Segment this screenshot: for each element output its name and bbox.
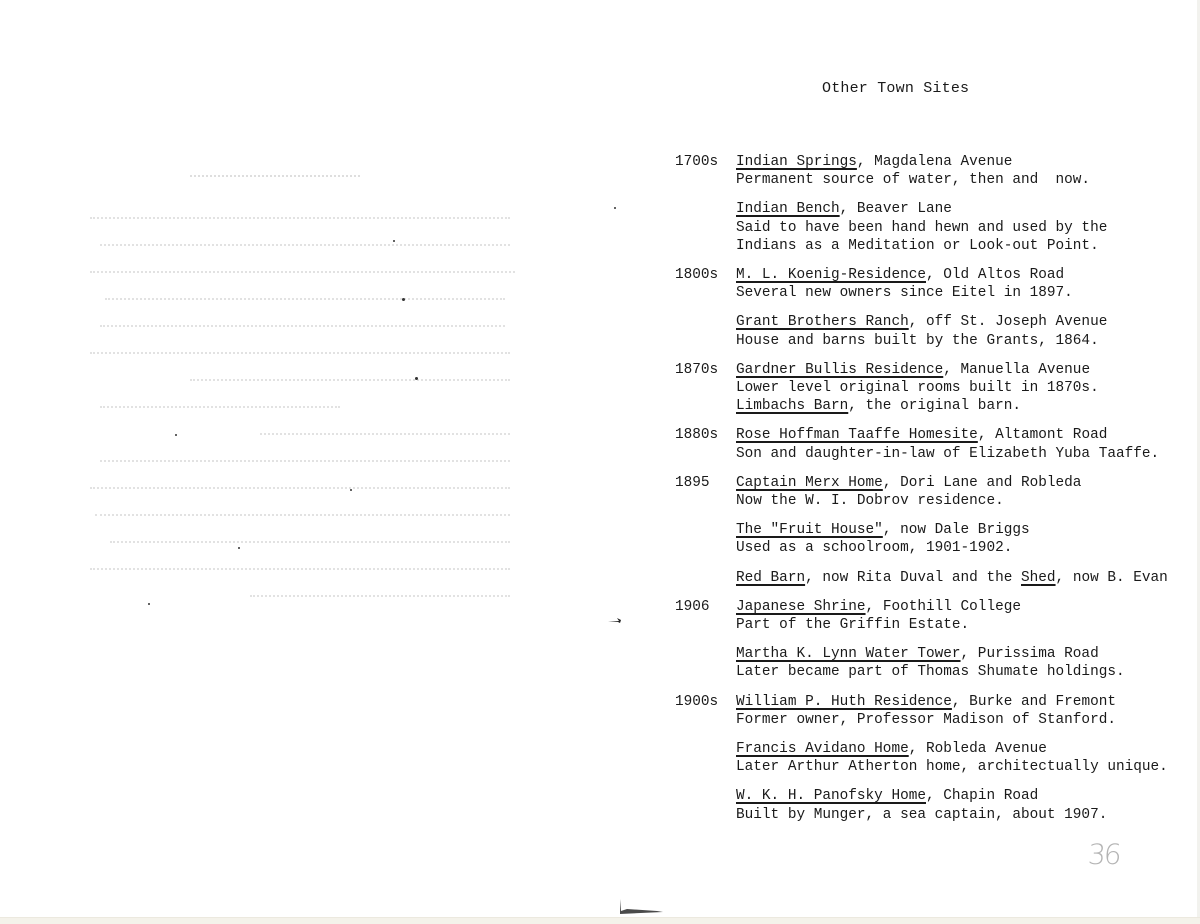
site-location: , now B. Evan [1056,570,1168,586]
site-name: Captain Merx Home [736,475,883,491]
site-name: Limbachs Barn [736,398,848,414]
site-location: , Chapin Road [926,788,1038,804]
site-heading: Indian Bench, Beaver Lane [736,200,1198,218]
ink-speck [238,547,240,549]
site-location: , off St. Joseph Avenue [909,314,1108,330]
site-note: Later Arthur Atherton home, architectual… [736,758,1198,776]
site-location: , Altamont Road [978,427,1108,443]
site-note: Later became part of Thomas Shumate hold… [736,663,1198,681]
site-heading: The "Fruit House", now Dale Briggs [736,521,1198,539]
town-site-entry: Grant Brothers Ranch, off St. Joseph Ave… [668,313,1198,349]
town-site-entry: 1800sM. L. Koenig-Residence, Old Altos R… [668,266,1198,302]
site-note: Son and daughter-in-law of Elizabeth Yub… [736,445,1198,463]
handwritten-page-number: 36 [1087,838,1121,871]
town-site-entry: W. K. H. Panofsky Home, Chapin RoadBuilt… [668,787,1198,823]
site-name: Gardner Bullis Residence [736,362,943,378]
site-name: M. L. Koenig-Residence [736,267,926,283]
site-heading: M. L. Koenig-Residence, Old Altos Road [736,266,1198,284]
bleed-through-text [90,175,520,622]
site-heading: Japanese Shrine, Foothill College [736,598,1198,616]
site-name: Red Barn [736,570,805,586]
site-note: Built by Munger, a sea captain, about 19… [736,806,1198,824]
site-note: House and barns built by the Grants, 186… [736,332,1198,350]
site-location: , Foothill College [866,599,1021,615]
era-label: 1895 [675,474,710,492]
site-note: Former owner, Professor Madison of Stanf… [736,711,1198,729]
town-site-entry: The "Fruit House", now Dale BriggsUsed a… [668,521,1198,557]
town-site-entry: 1895Captain Merx Home, Dori Lane and Rob… [668,474,1198,510]
site-name: W. K. H. Panofsky Home [736,788,926,804]
town-site-entry: Red Barn, now Rita Duval and the Shed, n… [668,569,1198,587]
site-note: Indians as a Meditation or Look-out Poin… [736,237,1198,255]
site-note: Said to have been hand hewn and used by … [736,219,1198,237]
ink-speck [175,434,177,436]
site-name: Indian Bench [736,201,840,217]
site-note: , the original barn. [848,398,1021,414]
site-note: Lower level original rooms built in 1870… [736,379,1198,397]
site-heading: Martha K. Lynn Water Tower, Purissima Ro… [736,645,1198,663]
site-name: Rose Hoffman Taaffe Homesite [736,427,978,443]
town-site-entry: 1700sIndian Springs, Magdalena AvenuePer… [668,153,1198,189]
site-location: , Robleda Avenue [909,741,1047,757]
ink-speck [614,207,616,209]
page-title: Other Town Sites [822,80,969,97]
smudge-mark-icon [617,899,665,915]
town-site-entry: Indian Bench, Beaver LaneSaid to have be… [668,200,1198,255]
site-heading: Grant Brothers Ranch, off St. Joseph Ave… [736,313,1198,331]
site-note: Permanent source of water, then and now. [736,171,1198,189]
site-heading: W. K. H. Panofsky Home, Chapin Road [736,787,1198,805]
town-site-entry: Martha K. Lynn Water Tower, Purissima Ro… [668,645,1198,681]
site-heading: Indian Springs, Magdalena Avenue [736,153,1198,171]
site-heading: Francis Avidano Home, Robleda Avenue [736,740,1198,758]
era-label: 1880s [675,426,718,444]
site-location: , Burke and Fremont [952,694,1116,710]
site-note: Used as a schoolroom, 1901-1902. [736,539,1198,557]
era-label: 1906 [675,598,710,616]
ink-speck [350,489,352,491]
site-name: Martha K. Lynn Water Tower [736,646,961,662]
site-location: , Old Altos Road [926,267,1064,283]
site-heading: Limbachs Barn, the original barn. [736,397,1198,415]
site-heading: Rose Hoffman Taaffe Homesite, Altamont R… [736,426,1198,444]
site-heading: Red Barn, now Rita Duval and the Shed, n… [736,569,1198,587]
era-label: 1900s [675,693,718,711]
site-location: , Manuella Avenue [943,362,1090,378]
town-site-entry: 1870sGardner Bullis Residence, Manuella … [668,361,1198,416]
document-page: Other Town Sites 1700sIndian Springs, Ma… [0,0,1200,924]
site-location: , Magdalena Avenue [857,154,1012,170]
arrow-mark-icon [607,617,625,625]
site-name: William P. Huth Residence [736,694,952,710]
site-heading: Gardner Bullis Residence, Manuella Avenu… [736,361,1198,379]
site-name: The "Fruit House" [736,522,883,538]
ink-speck [415,377,418,380]
site-location: , Beaver Lane [840,201,952,217]
town-site-entry: 1906Japanese Shrine, Foothill CollegePar… [668,598,1198,634]
ink-speck [402,298,405,301]
era-label: 1870s [675,361,718,379]
site-location: , Purissima Road [961,646,1099,662]
ink-speck [148,603,150,605]
site-name: Japanese Shrine [736,599,866,615]
site-heading: William P. Huth Residence, Burke and Fre… [736,693,1198,711]
town-site-entry: 1880sRose Hoffman Taaffe Homesite, Altam… [668,426,1198,462]
site-note: Now the W. I. Dobrov residence. [736,492,1198,510]
site-location: , now Rita Duval and the [805,570,1021,586]
town-sites-list: 1700sIndian Springs, Magdalena AvenuePer… [668,153,1198,835]
site-name: Grant Brothers Ranch [736,314,909,330]
site-name: Shed [1021,570,1056,586]
site-name: Indian Springs [736,154,857,170]
site-note: Part of the Griffin Estate. [736,616,1198,634]
ink-speck [393,240,395,242]
site-location: , now Dale Briggs [883,522,1030,538]
town-site-entry: Francis Avidano Home, Robleda AvenueLate… [668,740,1198,776]
site-location: , Dori Lane and Robleda [883,475,1082,491]
era-label: 1800s [675,266,718,284]
site-heading: Captain Merx Home, Dori Lane and Robleda [736,474,1198,492]
site-note: Several new owners since Eitel in 1897. [736,284,1198,302]
era-label: 1700s [675,153,718,171]
town-site-entry: 1900sWilliam P. Huth Residence, Burke an… [668,693,1198,729]
page-bottom-edge [0,917,1200,924]
site-name: Francis Avidano Home [736,741,909,757]
